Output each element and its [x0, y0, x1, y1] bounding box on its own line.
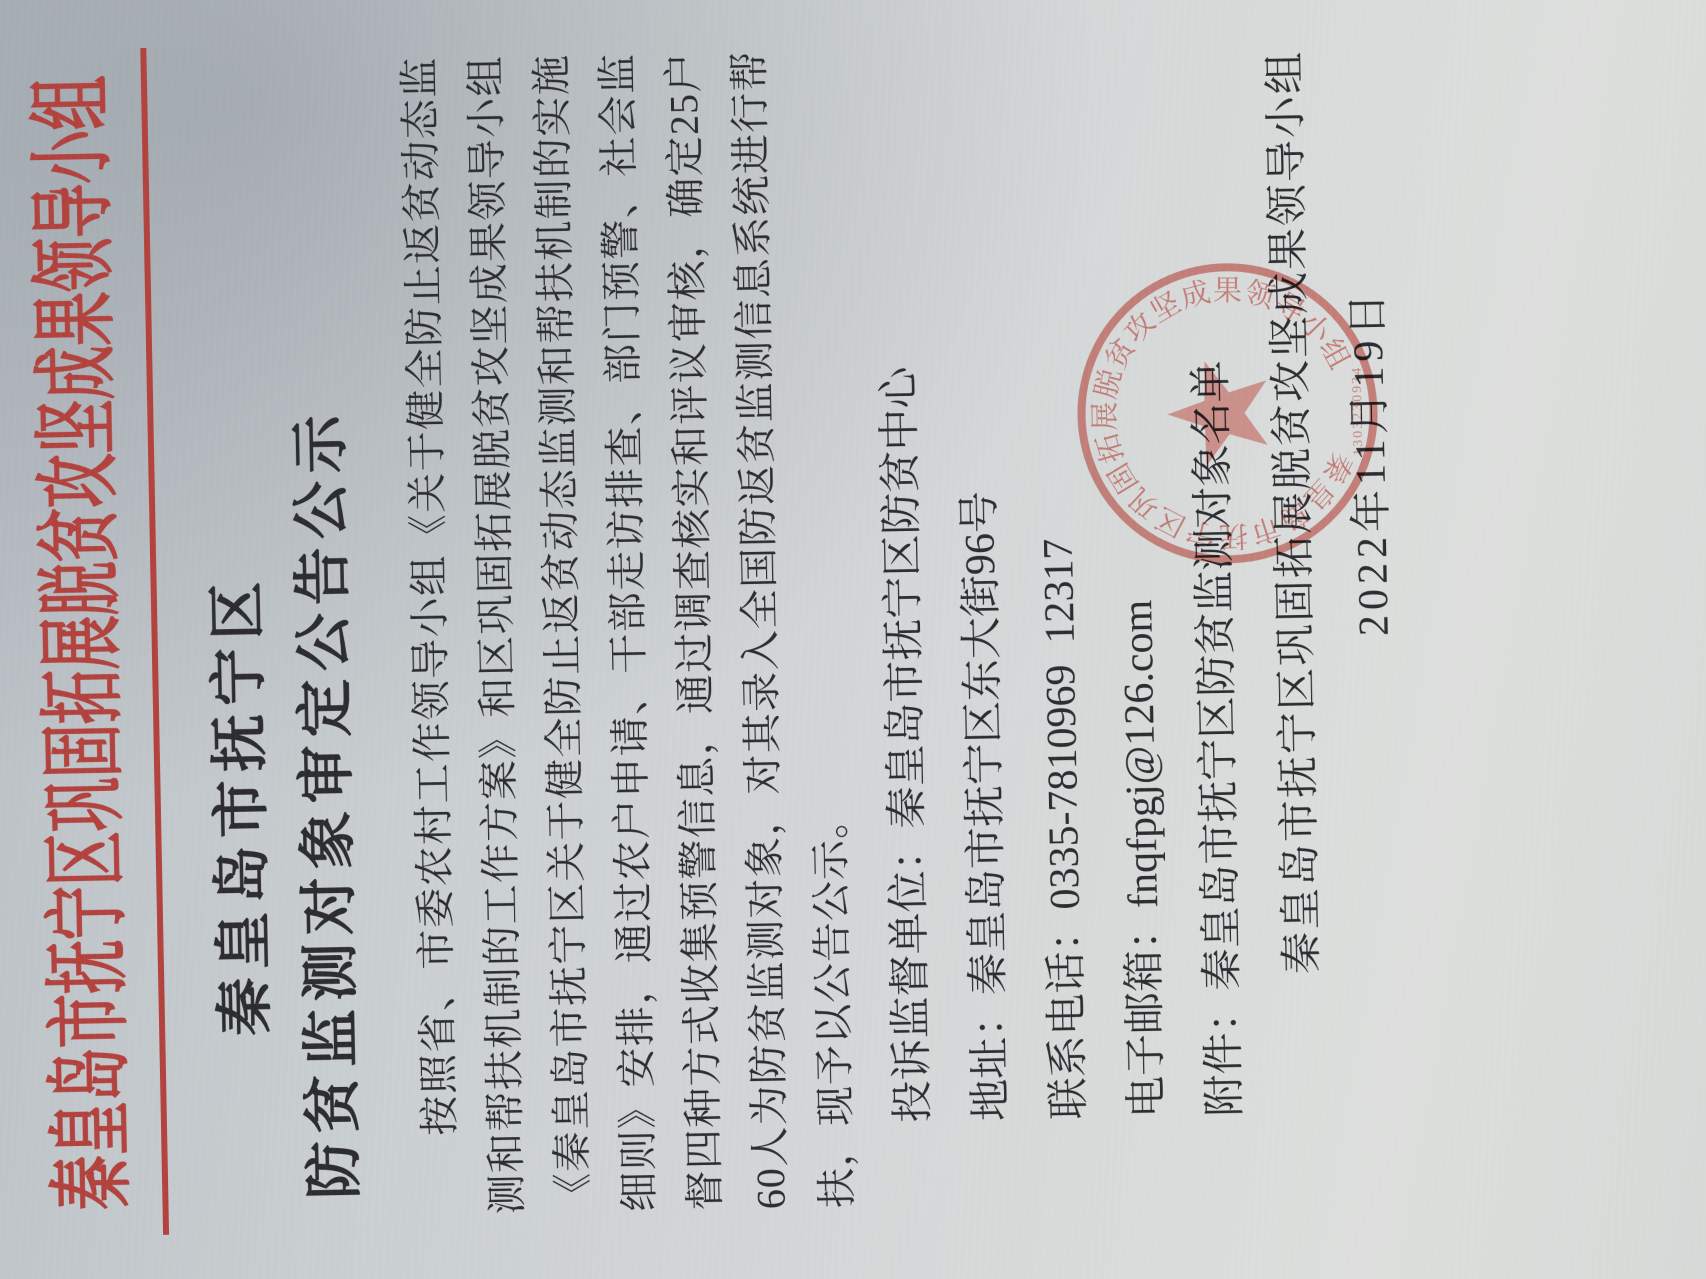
doc-title-line2: 防贫监测对象审定公告公示 [281, 58, 369, 1218]
attachment-label: 附件： [1201, 990, 1249, 1117]
red-header: 秦皇岛市抚宁区巩固拓展脱贫攻坚成果领导小组 [13, 62, 153, 1223]
doc-title-line1: 秦皇岛市抚宁区 [195, 60, 283, 1220]
contact-block: 投诉监督单位：秦皇岛市抚宁区防贫中心 地址：秦皇岛市抚宁区东大街96号 联系电话… [854, 41, 1266, 1207]
signature-org: 秦皇岛市抚宁区巩固拓展脱贫攻坚成果领导小组 [1252, 40, 1340, 1200]
contact-label: 联系电话： [1043, 909, 1093, 1120]
seal-serial-number: 1303230934 [1350, 366, 1367, 456]
document-page: 秦皇岛市抚宁区巩固拓展脱贫攻坚成果领导小组 秦皇岛市抚宁区 防贫监测对象审定公告… [0, 0, 1706, 1279]
seal-star-icon [1167, 360, 1268, 466]
body-paragraph: 按照省、市委农村工作领导小组《关于健全防止返贫动态监测和帮扶机制的工作方案》和区… [387, 49, 871, 1217]
contact-label: 电子邮箱： [1121, 908, 1171, 1119]
photo-canvas: { "document": { "header": { "org_line": … [0, 0, 1706, 1279]
signature-date: 2022年11月19日 [1330, 38, 1418, 1198]
contact-value: 秦皇岛市抚宁区防贫中心 [877, 366, 932, 829]
official-seal: 秦皇岛市抚宁区巩固拓展脱贫攻坚成果领导小组 1303230934 [1070, 255, 1386, 571]
contact-label: 地址： [967, 995, 1015, 1122]
contact-label: 投诉监督单位： [885, 828, 937, 1123]
red-header-org-name: 秦皇岛市抚宁区巩固拓展脱贫攻坚成果领导小组 [29, 75, 136, 1210]
contact-value: fnqfpgj@126.com [1115, 599, 1167, 908]
contact-value: 秦皇岛市抚宁区东大街96号 [957, 491, 1013, 996]
contact-value: 0335-7810969 12317 [1036, 538, 1089, 910]
